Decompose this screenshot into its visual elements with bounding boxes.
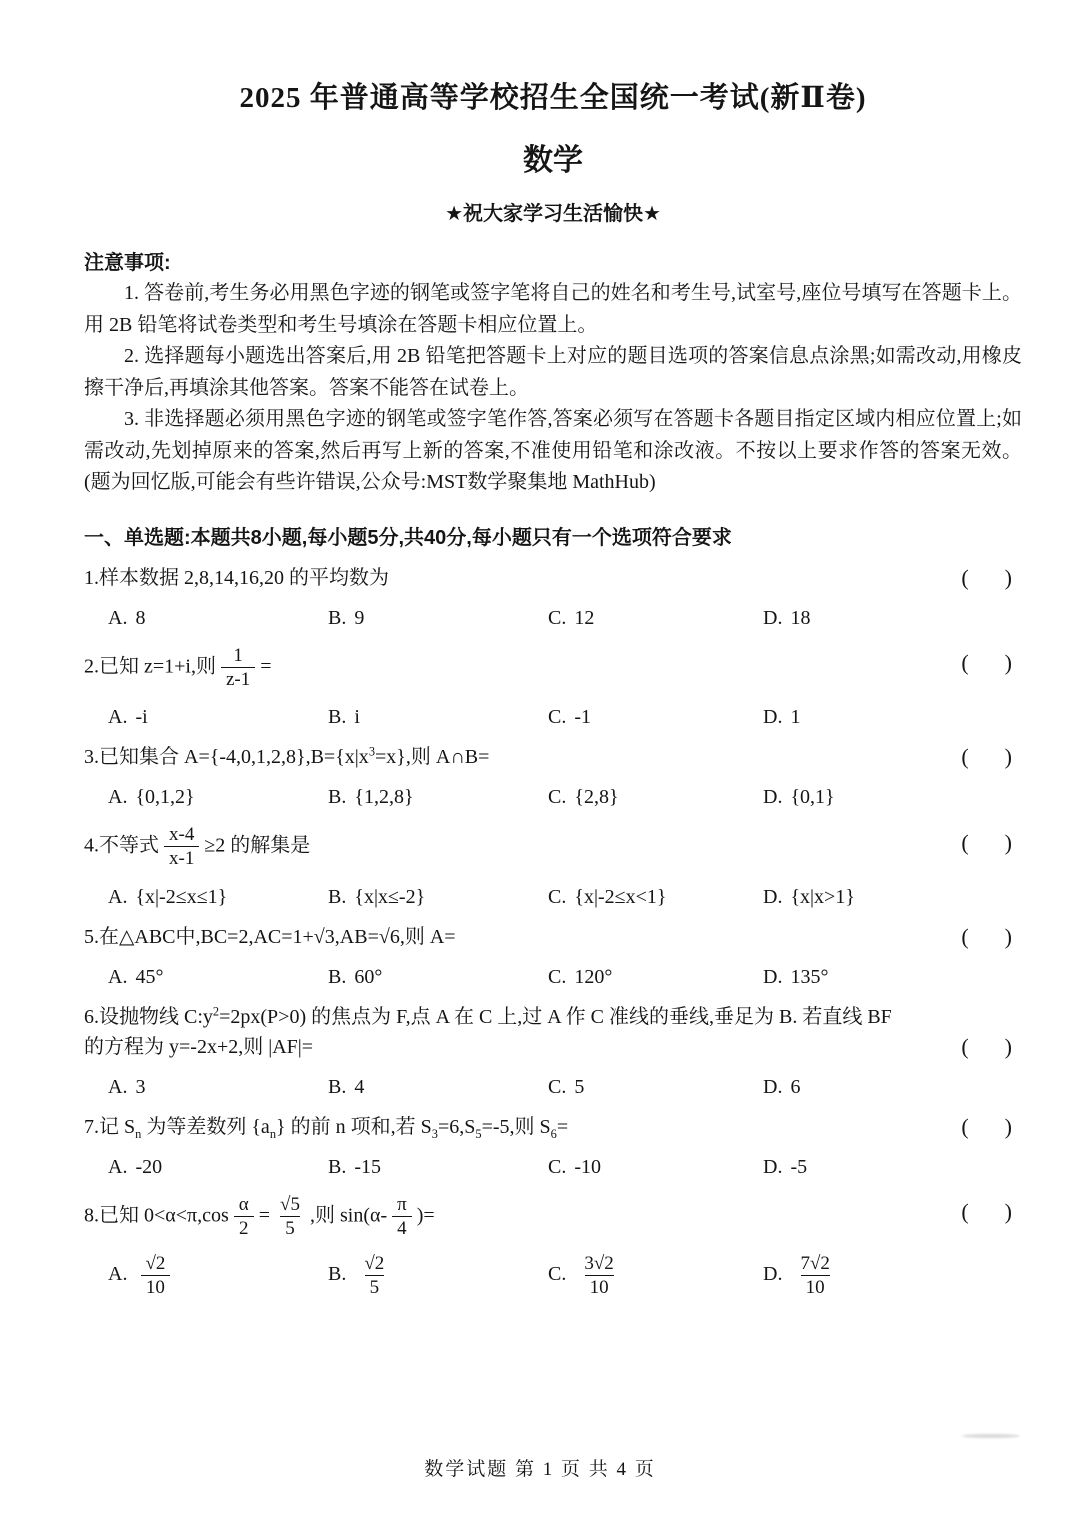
option-label: D. — [763, 786, 782, 808]
option-4-b: B.{x|x≤-2} — [328, 882, 548, 912]
question-3-text-post: =x},则 A∩B= — [375, 746, 489, 768]
question-1-options: A.8 B.9 C.12 D.18 — [84, 603, 1022, 633]
fraction-numerator: √2 — [140, 1253, 170, 1275]
option-2-c: C.-1 — [548, 702, 763, 732]
bracket-open: ( — [961, 1034, 968, 1059]
option-label: D. — [763, 1156, 782, 1178]
option-4-c: C.{x|-2≤x<1} — [548, 882, 763, 912]
greeting-line: ★祝大家学习生活愉快★ — [84, 200, 1022, 228]
option-value: {0,1} — [790, 786, 834, 808]
question-6-options: A.3 B.4 C.5 D.6 — [84, 1072, 1022, 1102]
exam-subject: 数学 — [84, 142, 1022, 180]
option-value: 135° — [790, 966, 828, 988]
option-label: A. — [108, 1263, 127, 1285]
fraction-denominator: x-1 — [164, 846, 199, 869]
fraction-numerator: √5 — [275, 1194, 305, 1216]
option-value: -1 — [574, 706, 591, 728]
answer-bracket-7: () — [961, 1112, 1012, 1142]
question-8-text: )= — [417, 1204, 435, 1226]
option-1-a: A.8 — [108, 603, 328, 633]
option-label: C. — [548, 607, 566, 629]
question-4-stem: 4.不等式x-4x-1≥2 的解集是 () — [84, 822, 1022, 872]
question-2-text-post: = — [260, 655, 271, 677]
bracket-open: ( — [961, 744, 968, 769]
fraction-denominator: 2 — [234, 1216, 254, 1239]
option-label: D. — [763, 1263, 782, 1285]
fraction-numerator: √2 — [359, 1253, 389, 1275]
question-2-stem: 2.已知 z=1+i,则1z-1= () — [84, 643, 1022, 693]
fraction: x-4x-1 — [164, 824, 199, 870]
fraction-denominator: 5 — [280, 1216, 300, 1239]
question-2-options: A.-i B.i C.-1 D.1 — [84, 702, 1022, 732]
option-value: 8 — [135, 607, 145, 629]
option-5-b: B.60° — [328, 962, 548, 992]
option-3-b: B.{1,2,8} — [328, 782, 548, 812]
bracket-open: ( — [961, 830, 968, 855]
option-6-b: B.4 — [328, 1072, 548, 1102]
option-label: A. — [108, 607, 127, 629]
option-4-a: A.{x|-2≤x≤1} — [108, 882, 328, 912]
option-8-a: A.√210 — [108, 1251, 328, 1301]
question-8-text: 8.已知 0<α<π,cos — [84, 1204, 229, 1226]
question-5: 5.在△ABC中,BC=2,AC=1+√3,AB=√6,则 A= () A.45… — [84, 922, 1022, 992]
fraction: 7√210 — [795, 1253, 834, 1299]
option-5-a: A.45° — [108, 962, 328, 992]
note-item-2: 2. 选择题每小题选出答案后,用 2B 铅笔把答题卡上对应的题目选项的答案信息点… — [84, 341, 1022, 404]
question-7-text: =-5,则 S — [482, 1116, 551, 1138]
option-3-d: D.{0,1} — [763, 782, 1022, 812]
question-4-text-post: ≥2 的解集是 — [204, 834, 310, 856]
fraction: α2 — [234, 1194, 254, 1240]
option-6-c: C.5 — [548, 1072, 763, 1102]
option-label: A. — [108, 786, 127, 808]
option-1-c: C.12 — [548, 603, 763, 633]
fraction-denominator: 10 — [585, 1275, 614, 1298]
question-1: 1.样本数据 2,8,14,16,20 的平均数为 () A.8 B.9 C.1… — [84, 563, 1022, 633]
bracket-open: ( — [961, 924, 968, 949]
bracket-close: ) — [1005, 1034, 1012, 1059]
question-1-stem: 1.样本数据 2,8,14,16,20 的平均数为 () — [84, 563, 1022, 593]
question-8-text: = — [259, 1204, 270, 1226]
answer-bracket-4: () — [961, 828, 1012, 858]
question-6-text: 6.设抛物线 C:y — [84, 1006, 213, 1028]
option-value: 6 — [790, 1076, 800, 1098]
option-value: 4 — [354, 1076, 364, 1098]
option-label: B. — [328, 966, 346, 988]
option-label: D. — [763, 607, 782, 629]
question-7-text: = — [557, 1116, 568, 1138]
option-6-a: A.3 — [108, 1072, 328, 1102]
option-value: {2,8} — [574, 786, 618, 808]
option-value: -5 — [790, 1156, 807, 1178]
fraction-numerator: x-4 — [164, 824, 199, 846]
question-8: 8.已知 0<α<π,cosα2=√55,则 sin(α-π4)= () A.√… — [84, 1192, 1022, 1301]
question-1-text: 1.样本数据 2,8,14,16,20 的平均数为 — [84, 567, 389, 589]
option-label: A. — [108, 966, 127, 988]
fraction-numerator: 3√2 — [579, 1253, 618, 1275]
option-5-d: D.135° — [763, 962, 1022, 992]
option-label: C. — [548, 706, 566, 728]
option-label: B. — [328, 607, 346, 629]
question-2-text: 2.已知 z=1+i,则 — [84, 655, 216, 677]
option-value: -i — [135, 706, 147, 728]
fraction: π4 — [392, 1194, 412, 1240]
question-8-text: ,则 sin(α- — [310, 1204, 387, 1226]
question-5-text: 5.在△ABC中,BC=2,AC=1+√3,AB=√6,则 A= — [84, 926, 456, 948]
fraction-denominator: 4 — [392, 1216, 412, 1239]
bracket-close: ) — [1005, 830, 1012, 855]
option-value: {0,1,2} — [135, 786, 194, 808]
fraction: 3√210 — [579, 1253, 618, 1299]
option-value: 12 — [574, 607, 594, 629]
option-value: {1,2,8} — [354, 786, 413, 808]
answer-bracket-5: () — [961, 922, 1012, 952]
answer-bracket-2: () — [961, 648, 1012, 678]
option-value: 9 — [354, 607, 364, 629]
question-7-text: 7.记 S — [84, 1116, 135, 1138]
option-value: i — [354, 706, 360, 728]
option-value: {x|x≤-2} — [354, 886, 425, 908]
page-footer: 数学试题 第 1 页 共 4 页 — [0, 1454, 1080, 1481]
option-3-a: A.{0,1,2} — [108, 782, 328, 812]
option-value: 60° — [354, 966, 382, 988]
fraction-numerator: 7√2 — [795, 1253, 834, 1275]
option-1-d: D.18 — [763, 603, 1022, 633]
option-value: {x|-2≤x≤1} — [135, 886, 227, 908]
question-7-options: A.-20 B.-15 C.-10 D.-5 — [84, 1152, 1022, 1182]
section-heading: 一、单选题:本题共8小题,每小题5分,共40分,每小题只有一个选项符合要求 — [84, 523, 1022, 553]
option-8-d: D.7√210 — [763, 1251, 1022, 1301]
fraction: √210 — [140, 1253, 170, 1299]
option-value: 18 — [790, 607, 810, 629]
option-value: 1 — [790, 706, 800, 728]
answer-bracket-1: () — [961, 563, 1012, 593]
question-6-stem: 6.设抛物线 C:y2=2px(P>0) 的焦点为 F,点 A 在 C 上,过 … — [84, 1002, 1022, 1062]
option-7-b: B.-15 — [328, 1152, 548, 1182]
fraction-numerator: α — [234, 1194, 254, 1216]
question-8-options: A.√210 B.√25 C.3√210 D.7√210 — [84, 1251, 1022, 1301]
option-label: C. — [548, 886, 566, 908]
option-label: B. — [328, 786, 346, 808]
exam-page: 2025 年普通高等学校招生全国统一考试(新Ⅱ卷) 数学 ★祝大家学习生活愉快★… — [0, 0, 1080, 1513]
option-label: D. — [763, 706, 782, 728]
fraction-denominator: 10 — [141, 1275, 170, 1298]
option-label: B. — [328, 706, 346, 728]
option-label: B. — [328, 1076, 346, 1098]
option-value: 45° — [135, 966, 163, 988]
bracket-close: ) — [1005, 650, 1012, 675]
fraction-denominator: z-1 — [221, 667, 255, 690]
question-7-stem: 7.记 Sn 为等差数列 {an} 的前 n 项和,若 S3=6,S5=-5,则… — [84, 1112, 1022, 1142]
question-5-stem: 5.在△ABC中,BC=2,AC=1+√3,AB=√6,则 A= () — [84, 922, 1022, 952]
option-value: 120° — [574, 966, 612, 988]
question-6: 6.设抛物线 C:y2=2px(P>0) 的焦点为 F,点 A 在 C 上,过 … — [84, 1002, 1022, 1102]
option-value: -15 — [354, 1156, 381, 1178]
option-2-a: A.-i — [108, 702, 328, 732]
option-2-b: B.i — [328, 702, 548, 732]
question-4-options: A.{x|-2≤x≤1} B.{x|x≤-2} C.{x|-2≤x<1} D.{… — [84, 882, 1022, 912]
answer-bracket-6: () — [961, 1032, 1012, 1062]
fraction: √25 — [359, 1253, 389, 1299]
bracket-close: ) — [1005, 924, 1012, 949]
option-label: C. — [548, 1156, 566, 1178]
option-2-d: D.1 — [763, 702, 1022, 732]
question-7-text: } 的前 n 项和,若 S — [276, 1116, 432, 1138]
option-label: B. — [328, 1156, 346, 1178]
option-label: A. — [108, 886, 127, 908]
bracket-open: ( — [961, 565, 968, 590]
fraction: √55 — [275, 1194, 305, 1240]
bracket-open: ( — [961, 1114, 968, 1139]
fraction-denominator: 10 — [801, 1275, 830, 1298]
option-8-b: B.√25 — [328, 1251, 548, 1301]
answer-bracket-3: () — [961, 742, 1012, 772]
option-3-c: C.{2,8} — [548, 782, 763, 812]
question-3: 3.已知集合 A={-4,0,1,2,8},B={x|x3=x},则 A∩B= … — [84, 742, 1022, 812]
option-label: C. — [548, 786, 566, 808]
question-4: 4.不等式x-4x-1≥2 的解集是 () A.{x|-2≤x≤1} B.{x|… — [84, 822, 1022, 912]
fraction-numerator: π — [392, 1194, 412, 1216]
option-label: D. — [763, 1076, 782, 1098]
option-4-d: D.{x|x>1} — [763, 882, 1022, 912]
question-5-options: A.45° B.60° C.120° D.135° — [84, 962, 1022, 992]
option-value: {x|-2≤x<1} — [574, 886, 666, 908]
option-value: -20 — [135, 1156, 162, 1178]
option-label: B. — [328, 886, 346, 908]
bracket-close: ) — [1005, 744, 1012, 769]
option-label: A. — [108, 1156, 127, 1178]
option-7-d: D.-5 — [763, 1152, 1022, 1182]
bracket-open: ( — [961, 1199, 968, 1224]
question-7: 7.记 Sn 为等差数列 {an} 的前 n 项和,若 S3=6,S5=-5,则… — [84, 1112, 1022, 1182]
question-8-stem: 8.已知 0<α<π,cosα2=√55,则 sin(α-π4)= () — [84, 1192, 1022, 1242]
answer-bracket-8: () — [961, 1197, 1012, 1227]
option-5-c: C.120° — [548, 962, 763, 992]
option-value: -10 — [574, 1156, 601, 1178]
option-label: A. — [108, 1076, 127, 1098]
fraction-denominator: 5 — [365, 1275, 385, 1298]
bracket-close: ) — [1005, 1114, 1012, 1139]
bracket-close: ) — [1005, 1199, 1012, 1224]
fraction: 1z-1 — [221, 645, 255, 691]
option-label: D. — [763, 886, 782, 908]
option-6-d: D.6 — [763, 1072, 1022, 1102]
option-1-b: B.9 — [328, 603, 548, 633]
note-item-1: 1. 答卷前,考生务必用黑色字迹的钢笔或签字笔将自己的姓名和考生号,试室号,座位… — [84, 278, 1022, 341]
option-7-c: C.-10 — [548, 1152, 763, 1182]
option-label: D. — [763, 966, 782, 988]
option-value: 5 — [574, 1076, 584, 1098]
note-item-3: 3. 非选择题必须用黑色字迹的钢笔或签字笔作答,答案必须写在答题卡各题目指定区域… — [84, 404, 1022, 499]
question-7-text: 为等差数列 {a — [141, 1116, 269, 1138]
question-3-text: 3.已知集合 A={-4,0,1,2,8},B={x|x — [84, 746, 369, 768]
question-3-stem: 3.已知集合 A={-4,0,1,2,8},B={x|x3=x},则 A∩B= … — [84, 742, 1022, 772]
option-label: A. — [108, 706, 127, 728]
exam-title: 2025 年普通高等学校招生全国统一考试(新Ⅱ卷) — [84, 78, 1022, 118]
option-value: {x|x>1} — [790, 886, 854, 908]
bracket-open: ( — [961, 650, 968, 675]
question-4-text: 4.不等式 — [84, 834, 159, 856]
option-label: C. — [548, 966, 566, 988]
scan-smudge — [962, 1434, 1020, 1438]
fraction-numerator: 1 — [228, 645, 248, 667]
option-8-c: C.3√210 — [548, 1251, 763, 1301]
notes-heading: 注意事项: — [84, 248, 1022, 278]
question-7-text: =6,S — [438, 1116, 475, 1138]
bracket-close: ) — [1005, 565, 1012, 590]
option-label: C. — [548, 1076, 566, 1098]
option-label: C. — [548, 1263, 566, 1285]
option-value: 3 — [135, 1076, 145, 1098]
question-2: 2.已知 z=1+i,则1z-1= () A.-i B.i C.-1 D.1 — [84, 643, 1022, 733]
option-label: B. — [328, 1263, 346, 1285]
option-7-a: A.-20 — [108, 1152, 328, 1182]
question-3-options: A.{0,1,2} B.{1,2,8} C.{2,8} D.{0,1} — [84, 782, 1022, 812]
